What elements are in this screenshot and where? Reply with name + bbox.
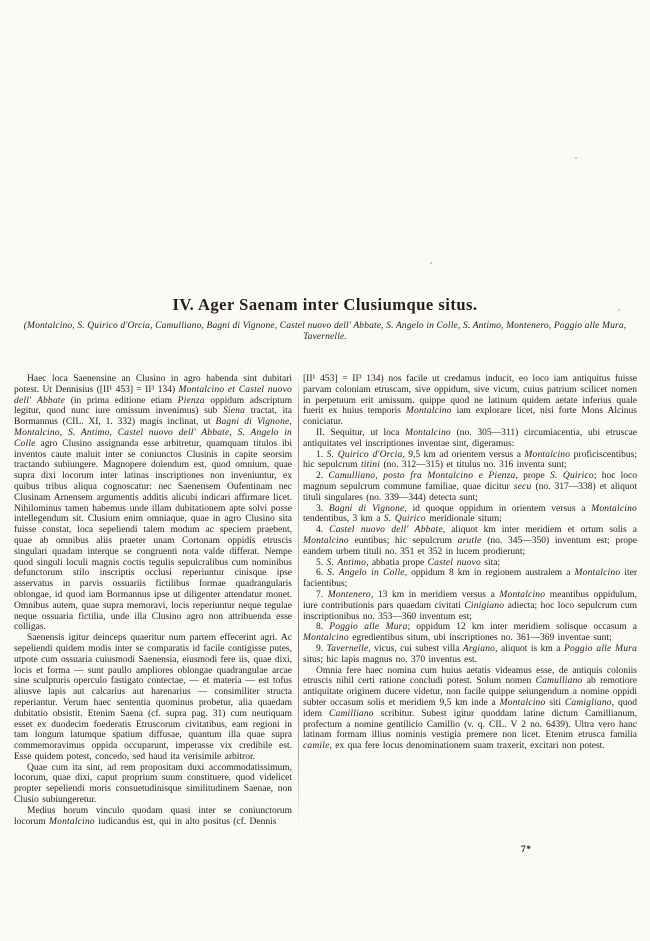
paragraph: 8. Poggio alle Mura; oppidum 12 km inter… bbox=[303, 622, 637, 644]
paragraph: 6. S. Angelo in Colle, oppidum 8 km in r… bbox=[303, 568, 637, 590]
paragraph: Omnia fere haec nomina cum huius aetatis… bbox=[303, 666, 637, 752]
paragraph: Saenensis igitur deinceps quaeritur num … bbox=[14, 633, 292, 763]
column-divider bbox=[298, 375, 299, 827]
paragraph: Quae cum ita sint, ad rem propositam dux… bbox=[14, 763, 292, 806]
paragraph: 7. Montenero, 13 km in meridiem versus a… bbox=[303, 590, 637, 622]
section-subtitle: (Montalcino, S. Quirico d'Orcia, Camulli… bbox=[15, 321, 635, 343]
paragraph: 5. S. Antimo, abbatia prope Castel nuovo… bbox=[303, 558, 637, 569]
paragraph: II. Sequitur, ut loca Montalcino (no. 30… bbox=[303, 428, 637, 450]
paragraph: 4. Castel nuovo dell' Abbate, aliquot km… bbox=[303, 525, 637, 557]
paragraph: [II¹ 453] = II³ 134) nos facile ut creda… bbox=[303, 374, 637, 428]
right-column: [II¹ 453] = II³ 134) nos facile ut creda… bbox=[303, 374, 637, 827]
paragraph: 2. Camulliano, posto fra Montalcino e Pi… bbox=[303, 471, 637, 503]
signature-mark: 7* bbox=[521, 845, 532, 855]
paragraph: 9. Tavernelle, vicus, cui subest villa A… bbox=[303, 644, 637, 666]
section-title: IV. Ager Saenam inter Clusiumque situs. bbox=[0, 295, 650, 315]
scan-speck bbox=[575, 157, 577, 159]
paragraph: Haec loca Saenensine an Clusino in agro … bbox=[14, 374, 292, 633]
text-columns: Haec loca Saenensine an Clusino in agro … bbox=[14, 374, 637, 827]
paragraph: 3. Bagni di Vignone, id quoque oppidum i… bbox=[303, 504, 637, 526]
paragraph: Medius horum vinculo quodam quasi inter … bbox=[14, 806, 292, 828]
book-page: IV. Ager Saenam inter Clusiumque situs. … bbox=[0, 0, 650, 941]
scan-speck bbox=[430, 262, 432, 264]
paragraph: 1. S. Quirico d'Orcia, 9,5 km ad oriente… bbox=[303, 450, 637, 472]
left-column: Haec loca Saenensine an Clusino in agro … bbox=[14, 374, 292, 827]
